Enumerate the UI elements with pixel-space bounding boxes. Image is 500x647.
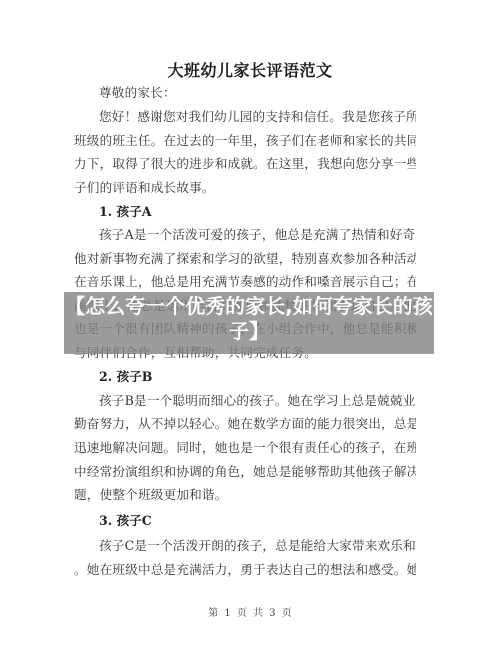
caption-text: 【怎么夸一个优秀的家长,如何夸家长的孩子】: [64, 294, 434, 344]
section-a-line: 孩子A是一个活泼可爱的孩子，他总是充满了热情和好奇心。: [99, 227, 416, 243]
section-a-line: 在音乐课上，他总是用充满节奏感的动作和嗓音展示自己；在绘: [74, 274, 416, 290]
section-b-line: 孩子B是一个聪明而细心的孩子。她在学习上总是兢兢业业，: [99, 393, 416, 409]
section-heading-a: 1. 孩子A: [99, 204, 152, 220]
section-heading-c: 3. 孩子C: [99, 513, 152, 529]
intro-line: 班级的班主任。在过去的一年里，孩子们在老师和家长的共同努: [74, 133, 416, 149]
intro-line: 您好！感谢您对我们幼儿园的支持和信任。我是您孩子所在: [99, 109, 416, 125]
section-b-line: 勤奋努力，从不掉以轻心。她在数学方面的能力很突出，总是能: [74, 416, 416, 432]
salutation: 尊敬的家长：: [99, 85, 416, 101]
intro-line: 力下，取得了很大的进步和成就。在这里，我想向您分享一些孩: [74, 156, 416, 172]
section-heading-b: 2. 孩子B: [99, 369, 152, 385]
section-b-line: 迅速地解决问题。同时，她也是一个很有责任心的孩子，在班级: [74, 440, 416, 456]
intro-line: 子们的评语和成长故事。: [74, 180, 416, 196]
section-c-line: 孩子C是一个活泼开朗的孩子，总是能给大家带来欢乐和笑声: [99, 538, 416, 554]
document-title: 大班幼儿家长评语范文: [0, 58, 500, 81]
section-a-line: 他对新事物充满了探索和学习的欲望，特别喜欢参加各种活动。: [74, 251, 416, 267]
section-b-line: 中经常扮演组织和协调的角色，她总是能够帮助其他孩子解决问: [74, 464, 416, 480]
section-c-line: 。她在班级中总是充满活力，勇于表达自己的想法和感受。她对: [74, 562, 416, 578]
page-footer: 第 1 页 共 3 页: [0, 604, 500, 619]
section-b-line: 题，使整个班级更加和谐。: [74, 487, 416, 503]
